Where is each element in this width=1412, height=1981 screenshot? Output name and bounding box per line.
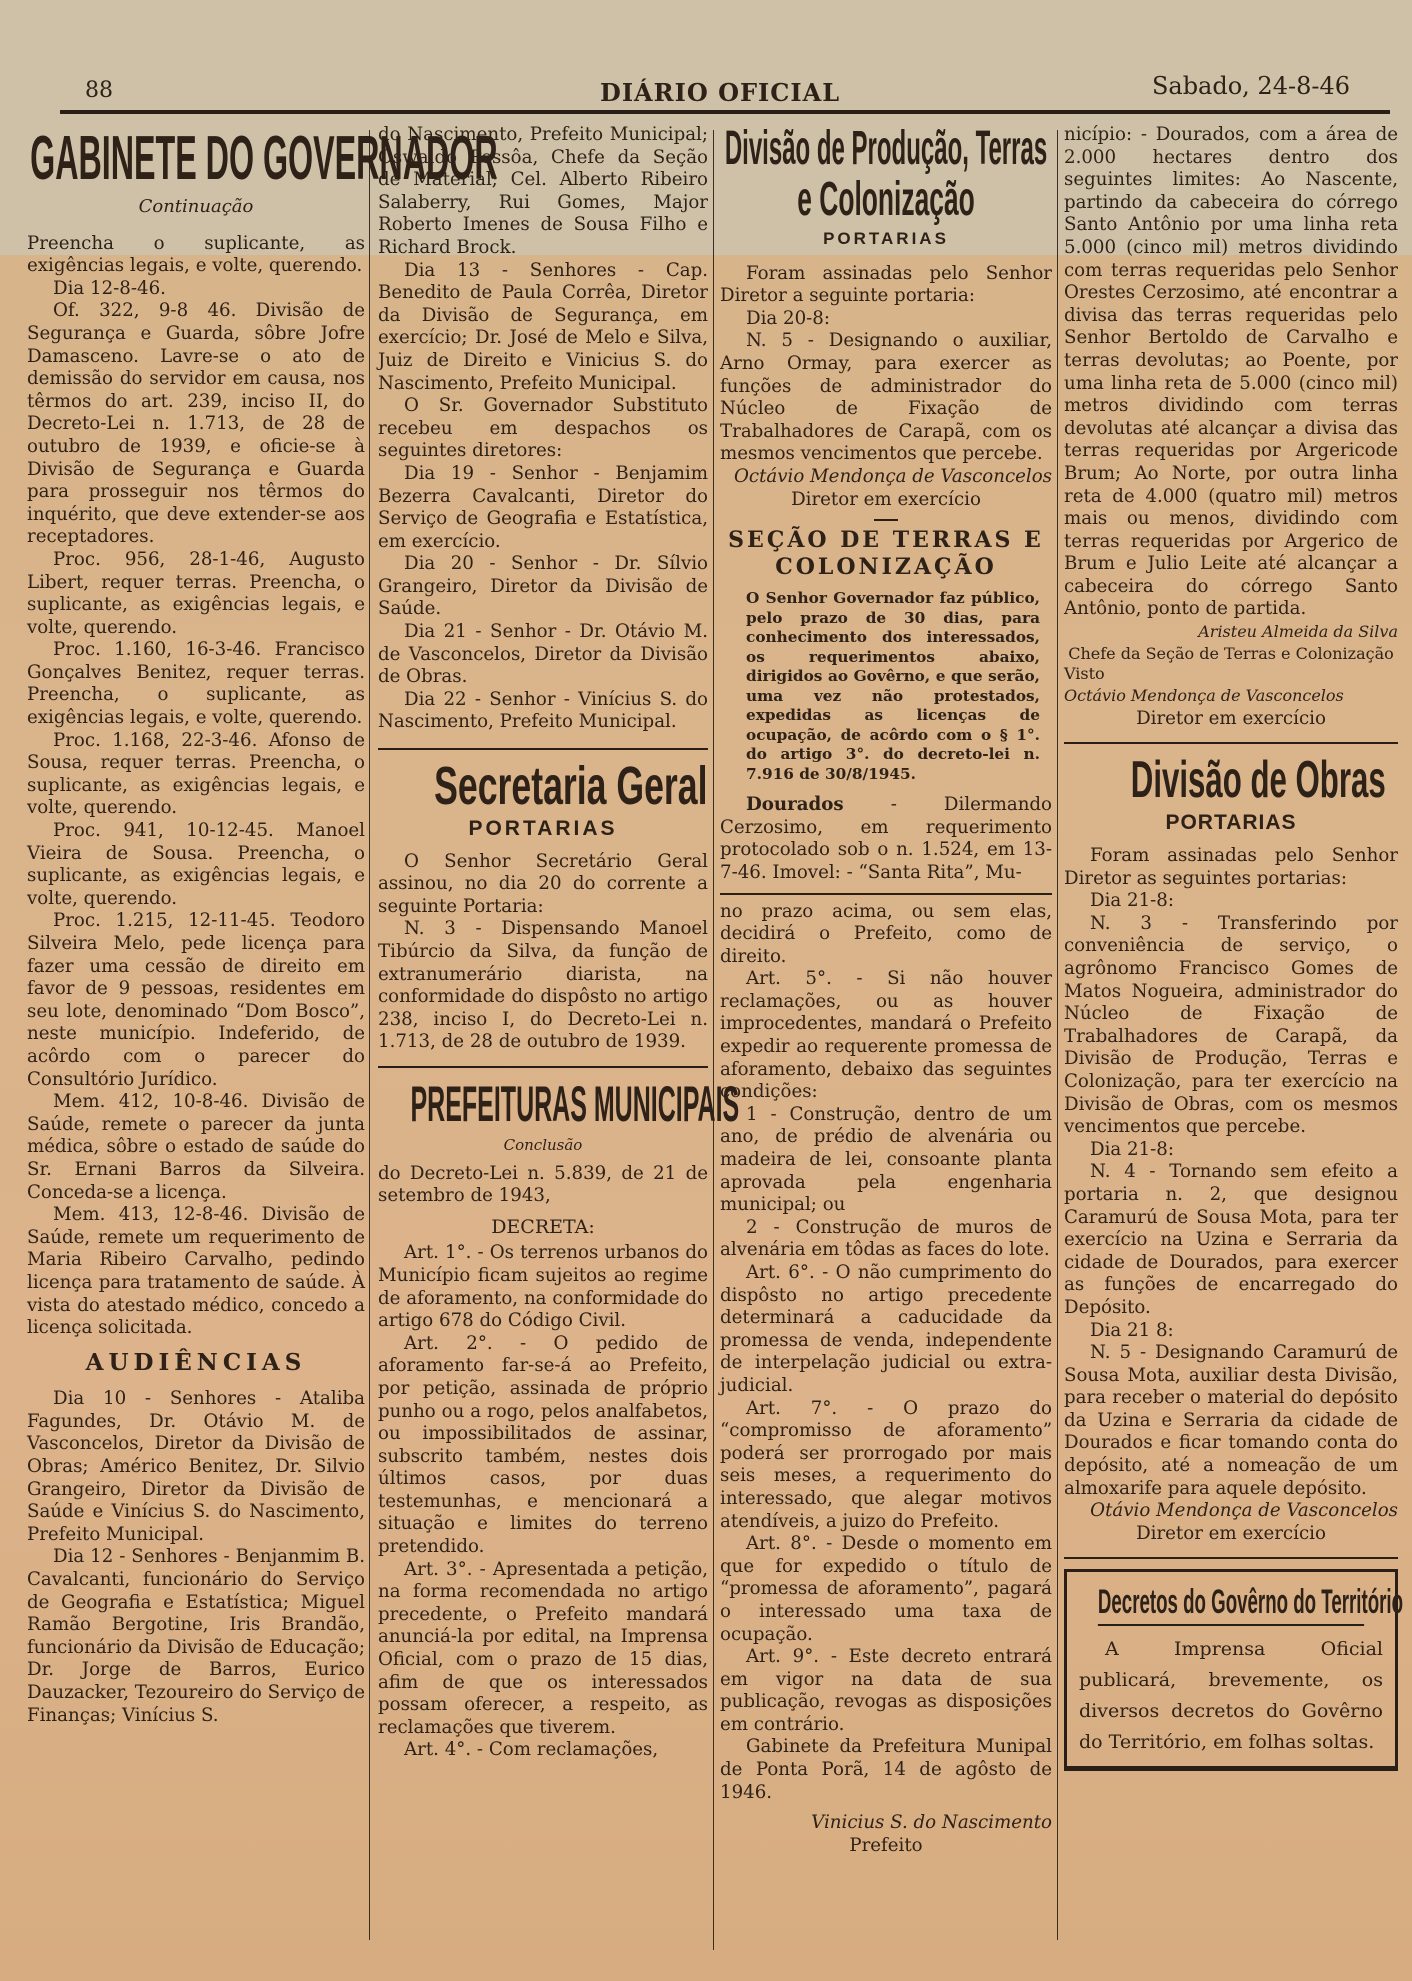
column-4: nicípio: - Dourados, com a área de 2.000… (1064, 124, 1398, 1951)
column-divider (369, 130, 370, 1940)
paragraph: O Sr. Governador Substituto recebeu em d… (378, 395, 708, 463)
signature-name: Octávio Mendonça de Vasconcelos (1064, 685, 1398, 708)
section-title-secretaria: Secretaria Geral (434, 760, 652, 812)
visto-label: Visto (1064, 663, 1398, 686)
paragraph: Proc. 1.215, 12-11-45. Teodoro Silveira … (27, 910, 365, 1091)
article: Art. 5°. - Si não houver reclamações, ou… (720, 968, 1052, 1104)
paragraph: N. 5 - Designando Caramurú de Sousa Mota… (1064, 1342, 1398, 1500)
paragraph: Dia 21 8: (1064, 1320, 1398, 1343)
paragraph: Gabinete da Prefeitura Munipal de Ponta … (720, 1736, 1052, 1804)
article: Art. 8°. - Desde o momento em que for ex… (720, 1533, 1052, 1646)
article: Art. 4°. - Com reclamações, (378, 1739, 708, 1762)
short-rule (874, 519, 898, 521)
notice-box-text: A Imprensa Oficial publicará, brevemente… (1079, 1634, 1383, 1758)
article: Art. 9°. - Este decreto entrará em vigor… (720, 1646, 1052, 1736)
decreta-heading: DECRETA: (378, 1216, 708, 1239)
paragraph: no prazo acima, ou sem elas, decidirá o … (720, 901, 1052, 969)
paragraph: Dia 20-8: (720, 308, 1052, 331)
notice-box: Decretos do Govêrno do Território A Impr… (1064, 1569, 1398, 1771)
paragraph: Dia 22 - Senhor - Vinícius S. do Nascime… (378, 689, 708, 734)
section-title-prefeituras: PREFEITURAS MUNICIPAIS (411, 1078, 676, 1130)
paragraph: N. 5 - Designando o auxiliar, Arno Ormay… (720, 330, 1052, 466)
article: Art. 1°. - Os terrenos urbanos do Municí… (378, 1242, 708, 1332)
column-divider (1057, 130, 1058, 1940)
signature-role: Chefe da Seção de Terras e Colonização (1064, 644, 1398, 663)
paragraph: do Nascimento, Prefeito Municipal; Oswal… (378, 124, 708, 260)
continuation-label: Continuação (27, 196, 365, 219)
paragraph: Dia 12-8-46. (27, 278, 365, 301)
article: 1 - Construção, dentro de um ano, de pré… (720, 1104, 1052, 1217)
notice-box-title: Decretos do Govêrno do Território (1098, 1582, 1364, 1626)
paragraph: Foram assinadas pelo Senhor Diretor as s… (1064, 845, 1398, 890)
signature-name: Octávio Mendonça de Vasconcelos (720, 466, 1052, 489)
paragraph: N. 4 - Tornando sem efeito a portaria n.… (1064, 1161, 1398, 1319)
paragraph: Dia 21 - Senhor - Dr. Otávio M. de Vasco… (378, 621, 708, 689)
signature-name: Aristeu Almeida da Silva (1064, 621, 1398, 644)
audiencias-heading: AUDIÊNCIAS (27, 1352, 365, 1375)
page-header: 88 DIÁRIO OFICIAL Sabado, 24-8-46 (30, 72, 1390, 112)
page-number: 88 (85, 78, 113, 103)
article: Art. 2°. - O pedido de aforamento far-se… (378, 1333, 708, 1559)
signature-role: Diretor em exercício (1064, 708, 1398, 731)
section-rule (1064, 1557, 1398, 1559)
paragraph: Proc. 1.168, 22-3-46. Afonso de Sousa, r… (27, 730, 365, 820)
signature-name: Vinicius S. do Nascimento (720, 1812, 1052, 1835)
secao-terras-heading: SEÇÃO DE TERRAS E COLONIZAÇÃO (720, 527, 1052, 581)
paragraph: Dia 10 - Senhores - Ataliba Fagundes, Dr… (27, 1388, 365, 1546)
paragraph: Dia 12 - Senhores - Benjanmim B. Cavalca… (27, 1546, 365, 1727)
section-rule (378, 748, 708, 750)
portarias-heading: PORTARIAS (378, 818, 708, 841)
column-2: do Nascimento, Prefeito Municipal; Oswal… (378, 124, 708, 1951)
article: Art. 6°. - O não cumprimento do dispôsto… (720, 1262, 1052, 1398)
paragraph: Dia 19 - Senhor - Benjamim Bezerra Caval… (378, 463, 708, 553)
paragraph: Proc. 941, 10-12-45. Manoel Vieira de So… (27, 820, 365, 910)
section-title-producao-line2: e Colonização (795, 174, 978, 226)
signature-role: Diretor em exercício (1064, 1523, 1398, 1546)
paragraph: Foram assinadas pelo Senhor Diretor a se… (720, 263, 1052, 308)
section-title-gabinete: GABINETE DO GOVERNADOR (30, 130, 362, 188)
article: Art. 3°. - Apresentada a petição, na for… (378, 1559, 708, 1740)
issue-date: Sabado, 24-8-46 (1152, 72, 1350, 100)
paragraph: Dourados - Dilermando Cerzosimo, em requ… (720, 794, 1052, 884)
section-rule (1064, 742, 1398, 744)
paragraph: Dia 13 - Senhores - Cap. Benedito de Pau… (378, 260, 708, 396)
signature-role: Prefeito (720, 1835, 1052, 1858)
paragraph: O Senhor Secretário Geral assinou, no di… (378, 851, 708, 919)
newspaper-page: 88 DIÁRIO OFICIAL Sabado, 24-8-46 GABINE… (0, 0, 1412, 1981)
masthead: DIÁRIO OFICIAL (600, 78, 840, 107)
paragraph: Dia 21-8: (1064, 890, 1398, 913)
paragraph: nicípio: - Dourados, com a área de 2.000… (1064, 124, 1398, 621)
portarias-heading: PORTARIAS (720, 228, 1052, 251)
section-title-producao-line1: Divisão de Produção, Terras (723, 124, 1049, 174)
column-1: GABINETE DO GOVERNADOR Continuação Preen… (27, 124, 365, 1951)
paragraph: Of. 322, 9-8 46. Divisão de Segurança e … (27, 300, 365, 549)
section-rule (720, 893, 1052, 895)
paragraph: Dia 21-8: (1064, 1139, 1398, 1162)
section-title-obras: Divisão de Obras (1131, 754, 1331, 806)
paragraph: Mem. 413, 12-8-46. Divisão de Saúde, rem… (27, 1204, 365, 1340)
conclusion-label: Conclusão (378, 1134, 708, 1157)
article: Art. 7°. - O prazo do “compromisso de af… (720, 1398, 1052, 1534)
paragraph: Preencha o suplicante, as exigências leg… (27, 233, 365, 278)
signature-name: Otávio Mendonça de Vasconcelos (1064, 1500, 1398, 1523)
paragraph: do Decreto-Lei n. 5.839, de 21 de setemb… (378, 1163, 708, 1208)
paragraph: Dia 20 - Senhor - Dr. Sílvio Grangeiro, … (378, 553, 708, 621)
paragraph: Mem. 412, 10-8-46. Divisão de Saúde, rem… (27, 1091, 365, 1204)
section-rule (378, 1066, 708, 1068)
paragraph: Proc. 956, 28-1-46, Augusto Libert, requ… (27, 549, 365, 639)
portarias-heading: PORTARIAS (1064, 812, 1398, 835)
signature-role: Diretor em exercício (720, 489, 1052, 512)
paragraph: N. 3 - Dispensando Manoel Tibúrcio da Si… (378, 918, 708, 1054)
paragraph: Proc. 1.160, 16-3-46. Francisco Gonçalve… (27, 639, 365, 729)
public-notice: O Senhor Governador faz público, pelo pr… (720, 589, 1052, 784)
place-label: Dourados (746, 794, 844, 815)
article: 2 - Construção de muros de alvenária em … (720, 1217, 1052, 1262)
column-3: Divisão de Produção, Terras e Colonizaçã… (720, 124, 1052, 1951)
paragraph: N. 3 - Transferindo por conveniência de … (1064, 913, 1398, 1139)
column-divider (713, 130, 714, 1950)
header-rule (60, 110, 1390, 114)
